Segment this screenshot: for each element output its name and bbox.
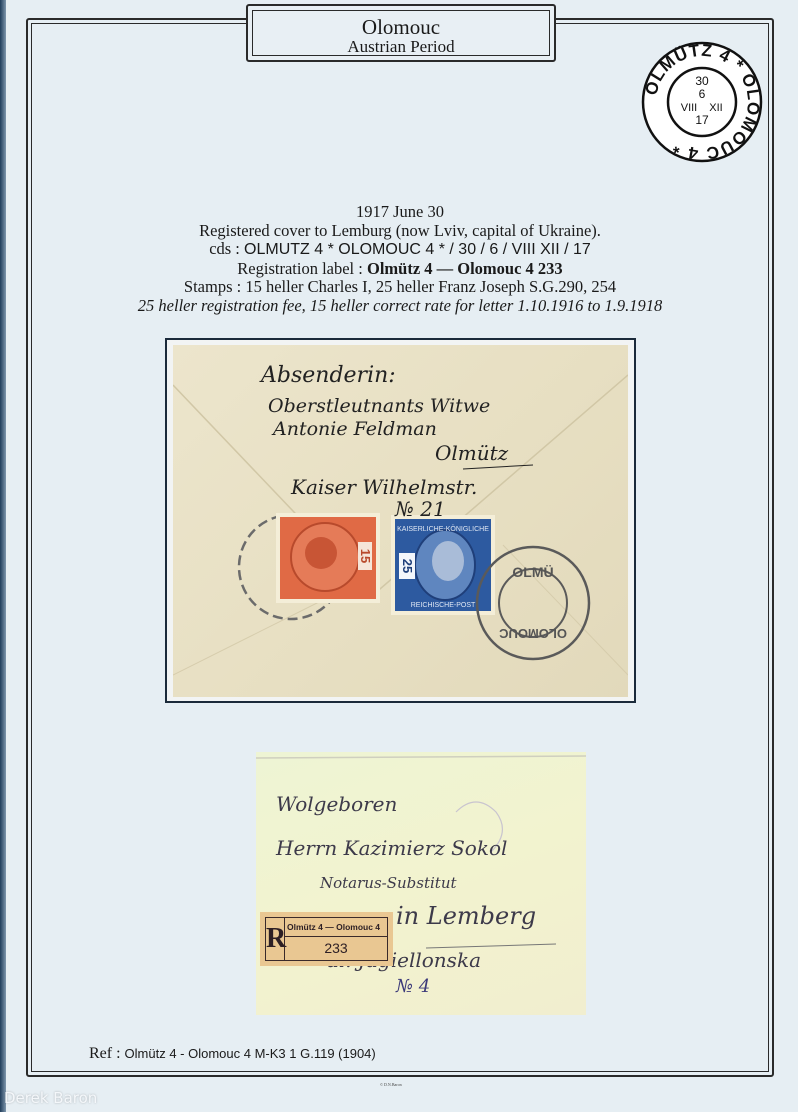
stamp-15-heller: 15 (276, 513, 380, 603)
svg-text:REICHISCHE-POST: REICHISCHE-POST (411, 602, 476, 609)
handwriting-line: Kaiser Wilhelmstr. (291, 475, 477, 499)
title-box: Olomouc Austrian Period (246, 4, 556, 62)
handwriting-line: Herrn Kazimierz Sokol (276, 836, 507, 860)
handwriting-line: in Lemberg (396, 902, 536, 930)
handwriting-line: № 21 (395, 497, 446, 521)
cover-front-image: Wolgeboren Herrn Kazimierz Sokol Notarus… (256, 752, 586, 1015)
cover-date: 1917 June 30 (60, 203, 740, 222)
reference-label: Ref : (89, 1045, 125, 1062)
handwriting-line: Wolgeboren (276, 792, 397, 816)
postmark-day: 30 (695, 74, 709, 88)
handwriting-line: № 4 (396, 976, 430, 997)
reference-value: Olmütz 4 - Olomouc 4 M-K3 1 G.119 (1904) (125, 1046, 376, 1061)
registration-line: Registration label : Olmütz 4 — Olomouc … (60, 260, 740, 279)
handwriting-line: Olmütz (435, 441, 508, 465)
page-subtitle: Austrian Period (253, 38, 549, 56)
handwriting-line: Antonie Feldman (273, 418, 437, 440)
copyright-note: © D.N.Baron (380, 1082, 402, 1087)
svg-text:15: 15 (358, 549, 373, 563)
svg-text:OLOMOUC: OLOMOUC (498, 626, 566, 641)
cds-line: cds : OLMUTZ 4 * OLOMOUC 4 * / 30 / 6 / … (60, 240, 740, 260)
stamps-line: Stamps : 15 heller Charles I, 25 heller … (60, 278, 740, 297)
registration-label: R Olmütz 4 — Olomouc 4 233 (260, 912, 393, 966)
postmark-year: 17 (695, 113, 709, 127)
description-block: 1917 June 30 Registered cover to Lemburg… (60, 203, 740, 316)
cover-summary: Registered cover to Lemburg (now Lviv, c… (60, 222, 740, 241)
postmark-month: 6 (699, 87, 706, 101)
rate-note: 25 heller registration fee, 15 heller co… (60, 297, 740, 316)
page-edge (0, 0, 6, 1112)
handwriting-line: Oberstleutnants Witwe (268, 395, 490, 417)
registration-office: Olmütz 4 — Olomouc 4 (285, 918, 387, 937)
svg-text:25: 25 (400, 559, 415, 573)
reference-line: Ref : Olmütz 4 - Olomouc 4 M-K3 1 G.119 … (89, 1045, 376, 1063)
handwriting-line: Absenderin: (261, 363, 396, 388)
registration-value: Olmütz 4 — Olomouc 4 233 (367, 259, 563, 278)
svg-text:OLMÜ: OLMÜ (512, 564, 553, 580)
watermark: Derek Baron (4, 1089, 97, 1107)
registration-letter: R (266, 918, 285, 960)
postmark-hour-right: XII (709, 102, 722, 114)
cds-value: OLMUTZ 4 * OLOMOUC 4 * / 30 / 6 / VIII X… (244, 241, 591, 258)
registration-number: 233 (285, 937, 387, 960)
cover-back-image: 15 KAISERLICHE-KÖNIGLICHE REICHISCHE-POS… (173, 345, 628, 697)
postmark-illustration: OLMÜTZ 4 * OLOMOUC 4 * 30 6 VIII XII 17 (640, 40, 764, 164)
svg-text:KAISERLICHE-KÖNIGLICHE: KAISERLICHE-KÖNIGLICHE (397, 525, 489, 533)
stamp-25-heller: KAISERLICHE-KÖNIGLICHE REICHISCHE-POST 2… (391, 515, 495, 615)
handwriting-line: Notarus-Substitut (320, 874, 457, 892)
page-title: Olomouc (253, 16, 549, 38)
